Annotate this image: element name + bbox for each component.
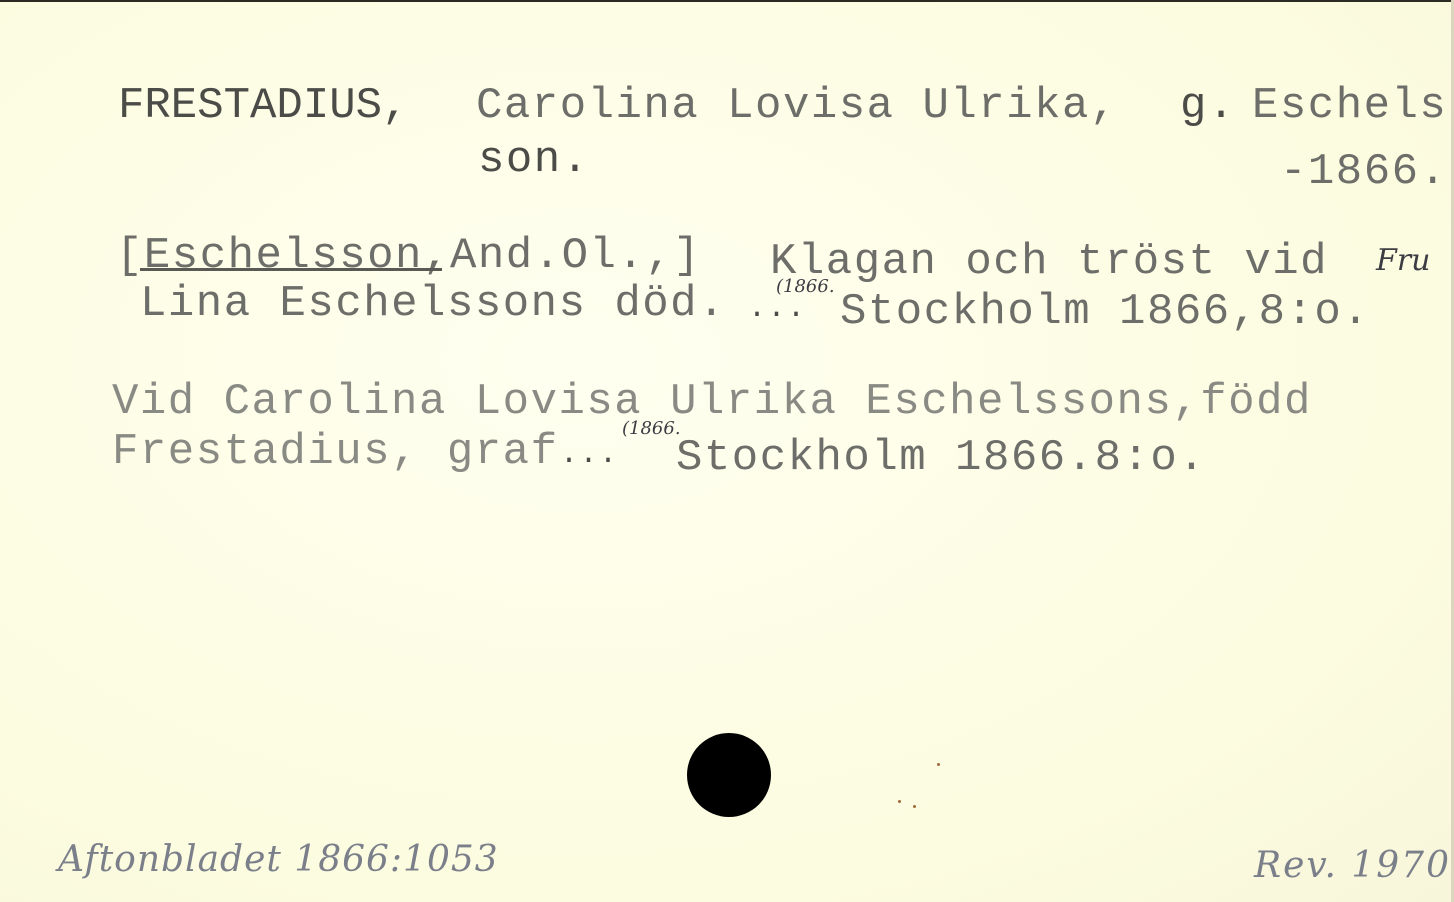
footer-handwritten-revision: Rev. 1970: [1254, 848, 1451, 884]
entry2-handwritten-year: (1866.: [622, 420, 681, 438]
entry2-imprint: Stockholm 1866.8:o.: [676, 436, 1206, 480]
entry1-bracket-author: [Eschelsson,: [116, 234, 451, 278]
entry1-line2-text: Lina Eschelssons död.: [140, 282, 726, 326]
heading-given-names: Carolina Lovisa Ulrika,: [476, 84, 1118, 128]
heading-married-name-part2: son.: [478, 138, 590, 182]
speck: [913, 805, 916, 808]
heading-married-prefix: g.: [1180, 84, 1236, 128]
speck: [937, 763, 940, 766]
entry2-line2-text: Frestadius, graf: [112, 430, 558, 474]
footer-handwritten-source: Aftonbladet 1866:1053: [58, 842, 499, 878]
heading-married-name-part1: Eschels: [1252, 84, 1447, 128]
heading-surname: FRESTADIUS,: [118, 84, 408, 128]
entry1-ellipsis: ...: [748, 294, 807, 324]
entry1-author-rest: And.Ol.,]: [450, 234, 701, 278]
entry2-line1: Vid Carolina Lovisa Ulrika Eschelssons,f…: [112, 380, 1312, 424]
speck: [898, 800, 901, 803]
entry1-author-underline: [140, 268, 442, 271]
heading-death-year: -1866.: [1280, 150, 1447, 194]
entry1-handwritten-year: (1866.: [776, 278, 835, 296]
punch-hole: [687, 733, 771, 817]
entry1-handwritten-fru: Fru: [1376, 246, 1430, 276]
entry1-imprint: Stockholm 1866,8:o.: [840, 290, 1370, 334]
entry2-ellipsis: ...: [560, 440, 619, 470]
entry1-title: Klagan och tröst vid: [770, 240, 1328, 284]
catalog-card: FRESTADIUS, Carolina Lovisa Ulrika, g. E…: [0, 0, 1454, 902]
card-top-edge: [0, 0, 1454, 2]
